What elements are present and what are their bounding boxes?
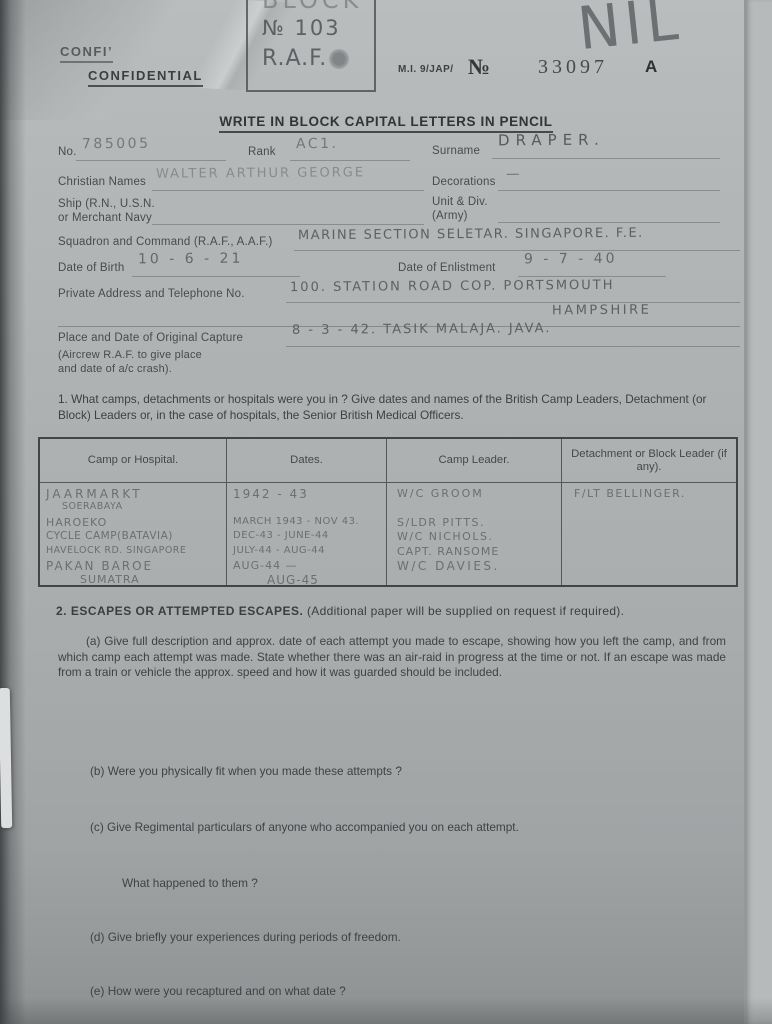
field-label-unit-line1: Unit & Div. <box>432 196 488 208</box>
ruled-line <box>290 138 410 161</box>
table-cell: PAKAN BAROE <box>46 559 222 573</box>
table-cell: W/C NICHOLS. <box>397 530 557 544</box>
table-cell <box>397 501 557 515</box>
table-column-detachment: Detachment or Block Leader (if any). F/L… <box>562 439 736 585</box>
ruled-line <box>294 228 740 251</box>
ruled-line <box>492 136 720 159</box>
table-column-dates: Dates. 1942 - 43 MARCH 1943 - NOV 43. DE… <box>227 439 387 585</box>
table-cell: CYCLE CAMP(BATAVIA) <box>46 530 222 544</box>
section-2-item-c: (c) Give Regimental particulars of anyon… <box>90 820 519 836</box>
confidential-stamp: CONFIDENTIAL <box>88 68 203 87</box>
table-cell <box>397 573 557 587</box>
ruled-line <box>498 200 720 223</box>
ruled-line <box>498 168 720 191</box>
mi9-reference-label: M.I. 9/JAP/ <box>398 64 454 75</box>
table-cell: AUG-44 — <box>233 559 382 573</box>
ruled-line <box>132 254 300 277</box>
table-cell: W/C DAVIES. <box>397 559 557 573</box>
table-cell: SOERABAYA <box>46 501 222 515</box>
table-cell: S/LDR PITTS. <box>397 516 557 530</box>
ruled-line <box>286 280 740 303</box>
table-column-leader: Camp Leader. W/C GROOM S/LDR PITTS. W/C … <box>387 439 562 585</box>
field-label-surname: Surname <box>432 145 480 157</box>
table-column-body: JAARMARKT SOERABAYA HAROEKO CYCLE CAMP(B… <box>40 483 226 588</box>
block-number-stamp-box: BLOCK № 103 R.A.F. <box>246 0 376 92</box>
table-cell: HAROEKO <box>46 516 222 530</box>
nil-annotation: NIL <box>575 0 686 64</box>
table-header-leader: Camp Leader. <box>387 439 561 483</box>
scan-bottom-shadow <box>0 998 772 1024</box>
scanned-document: CONFI’ CONFIDENTIAL BLOCK № 103 R.A.F. N… <box>0 0 772 1024</box>
table-cell <box>574 573 732 587</box>
scan-left-edge <box>0 0 26 1024</box>
field-label-christian-names: Christian Names <box>58 176 146 188</box>
table-column-body: F/LT BELLINGER. <box>562 483 736 588</box>
section-2-item-c-followup: What happened to them ? <box>122 876 258 892</box>
field-label-capture-sub1: (Aircrew R.A.F. to give place <box>58 349 202 361</box>
camp-table: Camp or Hospital. JAARMARKT SOERABAYA HA… <box>38 437 738 587</box>
field-label-date-of-birth: Date of Birth <box>58 262 125 274</box>
section-2-title: 2. ESCAPES OR ATTEMPTED ESCAPES. (Additi… <box>56 604 746 618</box>
field-label-date-of-enlistment: Date of Enlistment <box>398 262 496 274</box>
question-1-text: 1. What camps, detachments or hospitals … <box>58 392 722 423</box>
table-cell <box>574 516 732 530</box>
table-cell <box>574 559 732 573</box>
ruled-line <box>152 168 424 191</box>
table-cell <box>233 501 382 515</box>
block-stamp-line: R.A.F. <box>262 46 374 71</box>
field-label-squadron: Squadron and Command (R.A.F., A.A.F.) <box>58 236 273 248</box>
stamp-circle-mark <box>329 49 349 69</box>
form-heading: WRITE IN BLOCK CAPITAL LETTERS IN PENCIL <box>0 114 772 129</box>
table-cell: JULY-44 - AUG-44 <box>233 545 382 559</box>
case-number: 33097 <box>538 56 608 79</box>
field-label-rank: Rank <box>248 146 276 158</box>
case-suffix: A <box>645 57 657 77</box>
table-cell: DEC-43 - JUNE-44 <box>233 530 382 544</box>
number-symbol: № <box>468 54 490 80</box>
section-2-item-a: (a) Give full description and approx. da… <box>58 634 726 681</box>
paper-scrap <box>0 688 12 828</box>
field-label-ship-line1: Ship (R.N., U.S.N. <box>58 198 155 210</box>
table-header-camp: Camp or Hospital. <box>40 439 226 483</box>
table-column-camp: Camp or Hospital. JAARMARKT SOERABAYA HA… <box>40 439 227 585</box>
field-label-unit-line2: (Army) <box>432 210 468 222</box>
table-column-body: W/C GROOM S/LDR PITTS. W/C NICHOLS. CAPT… <box>387 483 561 588</box>
ruled-line <box>152 202 424 225</box>
section-2-item-d: (d) Give briefly your experiences during… <box>90 930 401 946</box>
table-cell: MARCH 1943 - NOV 43. <box>233 516 382 530</box>
block-stamp-line: BLOCK <box>262 0 374 14</box>
block-stamp-line: № 103 <box>262 16 374 40</box>
field-label-ship-line2: or Merchant Navy <box>58 212 152 224</box>
section-2-heading: 2. ESCAPES OR ATTEMPTED ESCAPES. <box>56 604 303 618</box>
table-cell: AUG-45 <box>233 573 382 587</box>
field-label-capture: Place and Date of Original Capture <box>58 332 243 344</box>
table-cell: F/LT BELLINGER. <box>574 487 732 501</box>
confidential-stamp-partial: CONFI’ <box>60 44 113 63</box>
ruled-line <box>76 138 226 161</box>
table-cell: 1942 - 43 <box>233 487 382 501</box>
table-column-body: 1942 - 43 MARCH 1943 - NOV 43. DEC-43 - … <box>227 483 386 588</box>
table-header-detachment: Detachment or Block Leader (if any). <box>562 439 736 483</box>
table-cell: SUMATRA <box>46 573 222 587</box>
table-cell <box>574 530 732 544</box>
ruled-line <box>518 254 666 277</box>
field-label-capture-sub2: and date of a/c crash). <box>58 363 172 375</box>
table-cell <box>574 501 732 515</box>
section-2-item-e: (e) How were you recaptured and on what … <box>90 984 346 1000</box>
ruled-line <box>286 324 740 347</box>
table-cell: HAVELOCK RD. SINGAPORE <box>46 545 222 559</box>
table-header-dates: Dates. <box>227 439 386 483</box>
field-label-private-address: Private Address and Telephone No. <box>58 288 245 300</box>
section-2-note: (Additional paper will be supplied on re… <box>307 604 624 618</box>
field-label-decorations: Decorations <box>432 176 496 188</box>
field-label-service-no: No. <box>58 146 77 158</box>
section-2-item-b: (b) Were you physically fit when you mad… <box>90 764 402 780</box>
table-cell: W/C GROOM <box>397 487 557 501</box>
table-cell: CAPT. RANSOME <box>397 545 557 559</box>
scan-right-edge <box>744 0 772 1024</box>
table-cell <box>574 545 732 559</box>
table-cell: JAARMARKT <box>46 487 222 501</box>
